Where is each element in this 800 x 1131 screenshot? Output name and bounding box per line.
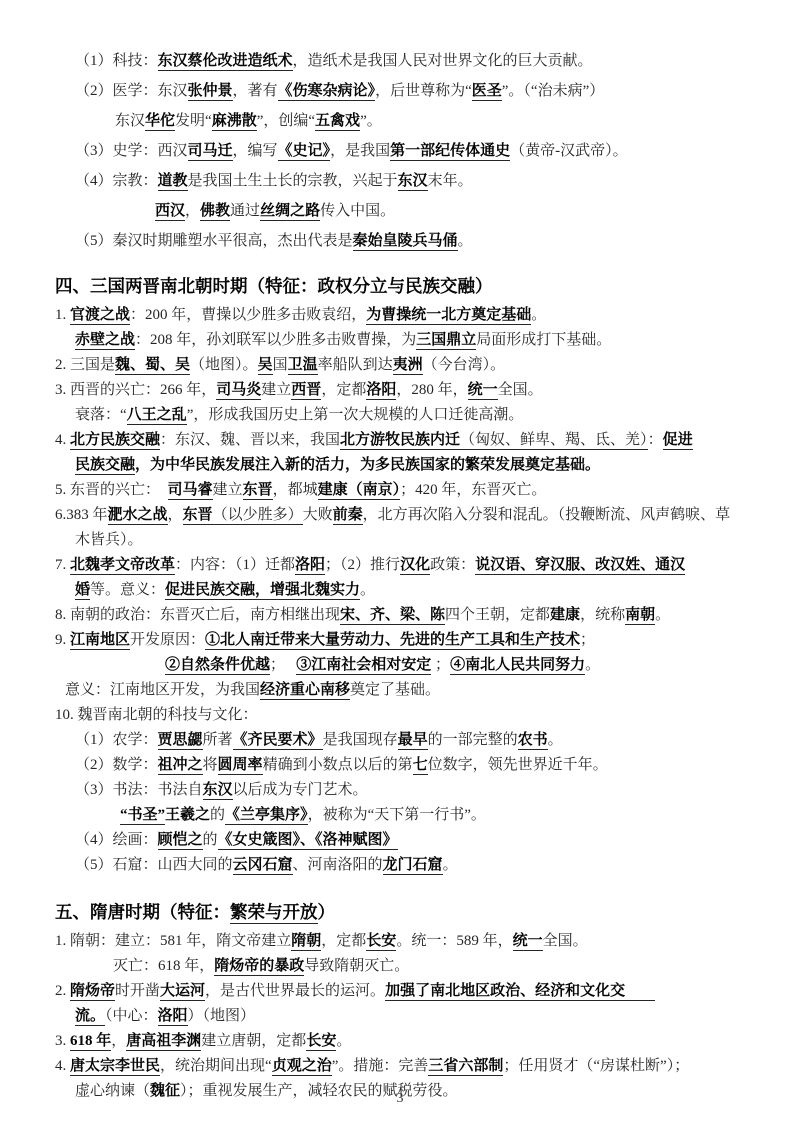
text-run: （2）数学：	[75, 757, 158, 773]
doc-line: （3）书法：书法自东汉以后成为专门艺术。	[55, 778, 754, 803]
text-run: ：东汉、魏、晋以来，我国	[160, 432, 340, 448]
text-run: 2. 三国是	[55, 357, 115, 373]
text-run: 。	[655, 607, 670, 623]
text-run: 将	[203, 757, 218, 773]
text-run	[625, 983, 655, 1001]
text-run: 司马炎	[216, 382, 261, 400]
text-run: 顾恺之	[158, 832, 203, 850]
doc-line: 2. 三国是魏、蜀、吴（地图）。吴国卫温率船队到达夷洲（今台湾）。	[55, 353, 754, 378]
text-run: 流。	[75, 1008, 105, 1026]
doc-line: 东汉华佗发明“麻沸散”，创编“五禽戏”。	[55, 106, 754, 136]
text-run: ，是古代世界最长的运河。	[205, 983, 385, 999]
doc-line: （3）史学：西汉司马迁，编写《史记》，是我国第一部纪传体通史（黄帝-汉武帝）。	[55, 136, 754, 166]
text-run: 民族交融	[75, 457, 135, 475]
text-run: ，著有	[233, 83, 278, 99]
text-run: 1.	[55, 307, 70, 323]
text-run: （1）科技：	[75, 53, 158, 69]
text-run: （5）石窟：山西大同的	[75, 857, 233, 873]
text-run: 圆周率	[218, 757, 263, 775]
doc-line: 赤壁之战：208 年，孙刘联军以少胜多击败曹操，为三国鼎立局面形成打下基础。	[55, 328, 754, 353]
text-run: 道教	[158, 173, 188, 191]
text-run: 洛阳	[295, 557, 325, 575]
text-run: 8. 南朝的政治：东晋灭亡后，南方相继出现	[55, 607, 340, 623]
page-number: 3	[0, 1091, 800, 1107]
doc-line: （5）石窟：山西大同的云冈石窟、河南洛阳的龙门石窟。	[55, 853, 754, 878]
text-run: “书圣”	[120, 807, 165, 825]
doc-line: 1. 隋朝：建立：581 年，隋文帝建立隋朝，定都长安。统一：589 年，统一全…	[55, 929, 754, 954]
text-run: 统一	[513, 933, 543, 951]
text-run: 。	[360, 582, 375, 598]
text-run: 。	[585, 657, 600, 673]
text-run: 经济重心南移	[260, 682, 350, 700]
text-run: 隋炀帝	[70, 983, 115, 1001]
text-run: 大运河	[160, 983, 205, 1001]
document-page: （1）科技：东汉蔡伦改进造纸术，造纸术是我国人民对世界文化的巨大贡献。（2）医学…	[0, 0, 800, 1131]
text-run: ，是我国	[330, 143, 390, 159]
text-run: ②自然条件优越	[165, 657, 270, 675]
text-run: 八王之乱	[127, 407, 187, 425]
text-run: 发明“	[175, 113, 212, 129]
text-run: 西汉	[155, 203, 185, 221]
text-run: 是我国现存	[323, 732, 398, 748]
text-run: 西晋	[291, 382, 321, 400]
text-run: 衰落：“	[75, 407, 127, 423]
text-run: 东晋	[183, 507, 213, 525]
text-run: 4.	[55, 432, 70, 448]
text-run: 10. 魏晋南北朝的科技与文化：	[55, 707, 258, 723]
text-run: ”，形成我国历史上第一次大规模的人口迁徙高潮。	[187, 407, 524, 423]
text-run: （匈奴、鲜卑、羯、氐、羌）	[460, 432, 648, 450]
text-run: 的	[203, 832, 218, 848]
text-run: 位数字，领先世界近千年。	[428, 757, 608, 773]
text-run: 东汉蔡伦改进造纸术	[158, 53, 293, 71]
text-run: 东汉	[203, 782, 233, 800]
text-run: 。	[336, 1033, 351, 1049]
doc-line: 木皆兵）。	[55, 528, 754, 553]
doc-line: ②自然条件优越； ③江南社会相对安定 ；④南北人民共同努力。	[55, 653, 754, 678]
text-run: 的	[210, 807, 225, 823]
text-run: 三国鼎立	[416, 332, 476, 350]
text-run: 7.	[55, 557, 70, 573]
text-run: 麻沸散	[212, 113, 257, 131]
text-run: 长安	[306, 1033, 336, 1051]
text-run: （1）农学：	[75, 732, 158, 748]
doc-line: 民族交融，为中华民族发展注入新的活力，为多民族国家的繁荣发展奠定基础。	[55, 453, 754, 478]
doc-line: 衰落：“八王之乱”，形成我国历史上第一次大规模的人口迁徙高潮。	[55, 403, 754, 428]
text-run: 《兰亭集序》	[225, 807, 308, 825]
text-run: 第一部纪传体通史	[390, 143, 510, 161]
text-run: ：200 年，曹操以少胜多击败袁绍，	[130, 307, 366, 323]
text-run: 卫温	[288, 357, 318, 375]
doc-line: 4. 唐太宗李世民，统治期间出现“贞观之治”。措施：完善三省六部制；任用贤才（“…	[55, 1054, 754, 1079]
doc-line: 4. 北方民族交融：东汉、魏、晋以来，我国北方游牧民族内迁（匈奴、鲜卑、羯、氐、…	[55, 428, 754, 453]
text-run: 9.	[55, 632, 70, 648]
text-run: 三省六部制	[428, 1058, 503, 1076]
text-run: 为曹操统一北方奠定基础	[366, 307, 531, 325]
text-run: 唐高祖李渊	[126, 1033, 201, 1051]
text-run: 江南地区	[70, 632, 130, 650]
text-run: 。	[531, 307, 546, 323]
text-run: （4）宗教：	[75, 173, 158, 189]
text-run: （中心：	[105, 1008, 158, 1024]
text-run: 最早	[398, 732, 428, 750]
text-run: 魏、蜀、吴	[115, 357, 190, 375]
section-heading: 五、隋唐时期（特征：繁荣与开放）	[55, 898, 754, 926]
text-run: 夷洲	[393, 357, 423, 375]
text-run: 北魏孝文帝改革	[70, 557, 175, 575]
text-run: 精确到小数点以后的第	[263, 757, 413, 773]
text-run: 618 年	[70, 1033, 111, 1051]
text-run: 华佗	[145, 113, 175, 131]
text-run: 4.	[55, 1058, 70, 1074]
text-run: 5. 东晋的兴亡：	[55, 482, 168, 498]
doc-line: （4）绘画：顾恺之的《女史箴图》、《洛神赋图》	[55, 828, 754, 853]
text-run: 长安	[366, 933, 396, 951]
text-run: 繁荣与开放	[230, 902, 318, 924]
doc-line: 5. 东晋的兴亡： 司马睿建立东晋，都城建康（南京）；420 年，东晋灭亡。	[55, 478, 754, 503]
doc-line: 3. 西晋的兴亡：266 年，司马炎建立西晋，定都洛阳，280 年，统一全国。	[55, 378, 754, 403]
text-run: 等。意义：	[90, 582, 165, 598]
section-heading: 四、三国两晋南北朝时期（特征：政权分立与民族交融）	[55, 272, 754, 300]
doc-line: 8. 南朝的政治：东晋灭亡后，南方相继出现宋、齐、梁、陈四个王朝，定都建康，统称…	[55, 603, 754, 628]
text-run: 促进	[663, 432, 693, 450]
text-run: （今台湾）。	[423, 357, 506, 373]
text-run: ；	[270, 657, 296, 673]
text-run: 率船队到达	[318, 357, 393, 373]
text-run: 佛教	[200, 203, 230, 221]
text-run: ①北人南迁带来大量劳动力、先进的生产工具和生产技术	[205, 632, 580, 650]
doc-line: 1. 官渡之战：200 年，曹操以少胜多击败袁绍，为曹操统一北方奠定基础。	[55, 303, 754, 328]
text-run: ③江南社会相对安定	[296, 657, 431, 675]
text-run: 南朝	[625, 607, 655, 625]
section-sui-tang: 五、隋唐时期（特征：繁荣与开放）1. 隋朝：建立：581 年，隋文帝建立隋朝，定…	[55, 898, 754, 1104]
text-run: ，统称	[580, 607, 625, 623]
text-run: 赤壁之战	[75, 332, 135, 350]
text-run: ”。	[360, 113, 382, 129]
text-run: ；	[580, 632, 595, 648]
text-run: 《齐民要术》	[233, 732, 323, 750]
text-run: ，造纸术是我国人民对世界文化的巨大贡献。	[293, 53, 593, 69]
text-run: 祖冲之	[158, 757, 203, 775]
text-run: 前秦	[333, 507, 363, 525]
text-run: 大败	[303, 507, 333, 523]
text-run: 东晋	[243, 482, 273, 500]
doc-line: （1）农学：贾思勰所著《齐民要术》是我国现存最早的一部完整的农书。	[55, 728, 754, 753]
text-run: （4）绘画：	[75, 832, 158, 848]
text-run: ：内容：（1）迁都	[175, 557, 295, 573]
text-run: 洛阳	[366, 382, 396, 400]
text-run: ，为中华民族发展注入新的活力，为多民族国家的繁荣发展奠定基础。	[135, 457, 600, 473]
text-run: 隋朝	[291, 933, 321, 951]
text-run: 张仲景	[188, 83, 233, 101]
text-run: ，280 年，	[396, 382, 467, 398]
text-run: ）	[318, 902, 336, 922]
text-run: 《伤寒杂病论》	[278, 83, 376, 101]
doc-line: （2）医学：东汉张仲景，著有《伤寒杂病论》，后世尊称为“医圣”。（“治未病”）	[55, 76, 754, 106]
text-run: 建康（南京）	[318, 482, 401, 500]
doc-line: （5）秦汉时期雕塑水平很高，杰出代表是秦始皇陵兵马俑。	[55, 226, 754, 256]
text-run: 是我国土生土长的宗教，兴起于	[188, 173, 398, 189]
text-run: 1. 隋朝：建立：581 年，隋文帝建立	[55, 933, 291, 949]
text-run: 开发原因：	[130, 632, 205, 648]
text-run: ”。（“治未病”）	[502, 83, 604, 99]
text-run: 建康	[550, 607, 580, 623]
text-run: 以后成为专门艺术。	[233, 782, 368, 798]
text-run: 宋、齐、梁、陈	[340, 607, 445, 625]
text-run: 国	[273, 357, 288, 373]
doc-line: “书圣”王羲之的《兰亭集序》，被称为“天下第一行书”。	[55, 803, 754, 828]
text-run: ④南北人民共同努力	[450, 657, 585, 675]
text-run: ：208 年，孙刘联军以少胜多击败曹操，为	[135, 332, 416, 348]
text-run: 、河南洛阳的	[293, 857, 383, 873]
text-run: ，	[185, 203, 200, 219]
text-run: 秦始皇陵兵马俑	[353, 233, 458, 251]
text-run: （以少胜多）	[213, 507, 303, 525]
text-run: ，后世尊称为“	[375, 83, 472, 99]
text-run: 汉化	[400, 557, 430, 575]
text-run: （3）史学：西汉	[75, 143, 188, 159]
section-three-kingdoms: 四、三国两晋南北朝时期（特征：政权分立与民族交融）1. 官渡之战：200 年，曹…	[55, 272, 754, 878]
text-run: ，	[111, 1033, 126, 1049]
text-run: 。	[458, 233, 473, 249]
doc-line: 9. 江南地区开发原因：①北人南迁带来大量劳动力、先进的生产工具和生产技术；	[55, 628, 754, 653]
text-run: 。统一：589 年，	[396, 933, 512, 949]
text-run: （地图）。	[190, 357, 258, 373]
doc-line: 意义：江南地区开发，为我国经济重心南移奠定了基础。	[55, 678, 754, 703]
text-run: 丝绸之路	[260, 203, 320, 221]
text-run: ；（2）推行	[325, 557, 400, 573]
text-run: 医圣	[472, 83, 502, 101]
text-run: （黄帝-汉武帝）。	[510, 143, 628, 159]
text-run: 统一	[468, 382, 498, 400]
text-run: 所著	[203, 732, 233, 748]
text-run: 七	[413, 757, 428, 775]
text-run: 隋炀帝的暴政	[214, 958, 304, 976]
doc-line: 婚等。意义：促进民族交融，增强北魏实力。	[55, 578, 754, 603]
text-run: ：	[648, 432, 663, 448]
qin-han-culture-list: （1）科技：东汉蔡伦改进造纸术，造纸术是我国人民对世界文化的巨大贡献。（2）医学…	[55, 46, 754, 256]
text-run: 全国。	[498, 382, 543, 398]
text-run: 通过	[230, 203, 260, 219]
doc-line: 3. 618 年，唐高祖李渊建立唐朝，定都长安。	[55, 1029, 754, 1054]
text-run: 龙门石窟	[383, 857, 443, 875]
text-run: 建立	[261, 382, 291, 398]
text-run: 《女史箴图》、《洛神赋图》	[218, 832, 398, 850]
text-run: 传入中国。	[320, 203, 395, 219]
text-run: 意义：江南地区开发，为我国	[65, 682, 260, 698]
text-run: 东汉	[115, 113, 145, 129]
text-run: 木皆兵）。	[75, 532, 143, 548]
text-run: 。	[443, 857, 458, 873]
doc-line: （1）科技：东汉蔡伦改进造纸术，造纸术是我国人民对世界文化的巨大贡献。	[55, 46, 754, 76]
text-run: 司马睿	[168, 482, 213, 500]
doc-line: （4）宗教：道教是我国土生土长的宗教，兴起于东汉末年。	[55, 166, 754, 196]
text-run: 灭亡：618 年，	[113, 958, 214, 974]
text-run: 官渡之战	[70, 307, 130, 325]
text-run: 加强了南北地区政治、经济和文化交	[385, 983, 625, 1001]
text-run: （3）书法：书法自	[75, 782, 203, 798]
text-run: 五、隋唐时期（特征：	[55, 902, 230, 922]
doc-line: 10. 魏晋南北朝的科技与文化：	[55, 703, 754, 728]
text-run: 3.	[55, 1033, 70, 1049]
text-run: 淝水之战	[108, 507, 168, 525]
text-run: 《史记》	[278, 143, 331, 161]
doc-line: 西汉，佛教通过丝绸之路传入中国。	[55, 196, 754, 226]
text-run: 四个王朝，定都	[445, 607, 550, 623]
text-run: 王羲之	[165, 807, 210, 823]
text-run: 2.	[55, 983, 70, 999]
doc-line: 2. 隋炀帝时开凿大运河，是古代世界最长的运河。加强了南北地区政治、经济和文化交	[55, 979, 754, 1004]
doc-line: （2）数学：祖冲之将圆周率精确到小数点以后的第七位数字，领先世界近千年。	[55, 753, 754, 778]
text-run: 说汉语、穿汉服、改汉姓、通汉	[475, 557, 685, 575]
text-run: （5）秦汉时期雕塑水平很高，杰出代表是	[75, 233, 353, 249]
text-run: 四、三国两晋南北朝时期（特征：政权分立与民族交融）	[55, 276, 493, 296]
text-run: ”。措施：完善	[332, 1058, 429, 1074]
text-run: 建立唐朝，定都	[201, 1033, 306, 1049]
text-run: 促进民族交融，增强北魏实力	[165, 582, 360, 600]
doc-line: 灭亡：618 年，隋炀帝的暴政导致隋朝灭亡。	[55, 954, 754, 979]
text-run: ，定都	[321, 382, 366, 398]
text-run: ；任用贤才（“房谋杜断”）；	[503, 1058, 689, 1074]
text-run: 贾思勰	[158, 732, 203, 750]
text-run: ，被称为“天下第一行书”。	[308, 807, 486, 823]
text-run: 。	[548, 732, 563, 748]
text-run: 6.383 年	[55, 507, 108, 523]
doc-line: 7. 北魏孝文帝改革：内容：（1）迁都洛阳；（2）推行汉化政策：说汉语、穿汉服、…	[55, 553, 754, 578]
text-run: ，编写	[233, 143, 278, 159]
text-run: 的一部完整的	[428, 732, 518, 748]
text-run: 唐太宗李世民	[70, 1058, 160, 1076]
text-run: 吴	[258, 357, 273, 375]
text-run: 局面形成打下基础。	[476, 332, 611, 348]
text-run: 五禽戏	[315, 113, 360, 131]
text-run: 婚	[75, 582, 90, 600]
text-run: ，北方再次陷入分裂和混乱。（投鞭断流、风声鹤唳、草	[363, 507, 731, 523]
text-run: 洛阳	[158, 1008, 188, 1026]
text-run: 东汉	[398, 173, 428, 191]
text-run: ，定都	[321, 933, 366, 949]
doc-blocks: （1）科技：东汉蔡伦改进造纸术，造纸术是我国人民对世界文化的巨大贡献。（2）医学…	[0, 0, 800, 1104]
text-run: 3. 西晋的兴亡：266 年，	[55, 382, 216, 398]
text-run: 北方民族交融	[70, 432, 160, 450]
text-run: （2）医学：东汉	[75, 83, 188, 99]
text-run: ）（地图）	[188, 1008, 256, 1024]
text-run: 导致隋朝灭亡。	[304, 958, 409, 974]
text-run: 末年。	[428, 173, 473, 189]
text-run: ”，创编“	[257, 113, 315, 129]
text-run: 建立	[213, 482, 243, 498]
text-run: ；420 年，东晋灭亡。	[400, 482, 546, 498]
text-run: 云冈石窟	[233, 857, 293, 875]
doc-line: 流。（中心：洛阳）（地图）	[55, 1004, 754, 1029]
text-run: 司马迁	[188, 143, 233, 161]
text-run: 北方游牧民族内迁	[340, 432, 460, 450]
text-run: 农书	[518, 732, 548, 750]
text-run: ；	[431, 657, 450, 673]
text-run: ，统治期间出现“	[160, 1058, 272, 1074]
doc-line: 6.383 年淝水之战，东晋（以少胜多）大败前秦，北方再次陷入分裂和混乱。（投鞭…	[55, 503, 754, 528]
text-run: 贞观之治	[272, 1058, 332, 1076]
text-run: 奠定了基础。	[350, 682, 440, 698]
text-run: ，	[168, 507, 183, 523]
text-run: 政策：	[430, 557, 475, 573]
text-run: 全国。	[543, 933, 588, 949]
text-run: 时开凿	[115, 983, 160, 999]
text-run: ，都城	[273, 482, 318, 498]
